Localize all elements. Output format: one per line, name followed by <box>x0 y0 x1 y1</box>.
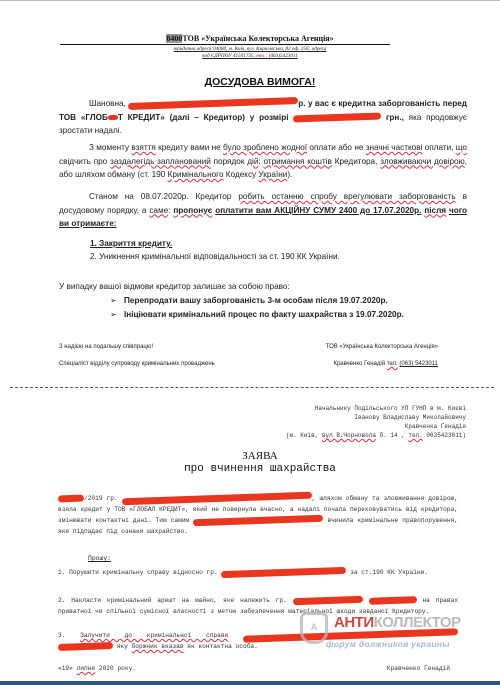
arrow-bullet-icon: ➢ <box>110 294 124 308</box>
statement-title: ЗАЯВА <box>0 450 500 462</box>
statement-date: «19» липня 2020 року. <box>58 665 136 672</box>
rights-item: ➢Ініціювати кримінальний процес по факту… <box>110 308 404 322</box>
addressee-line: Кравченка Генадія <box>206 423 466 430</box>
header-address-line1: юридична адреса:04080, м. Київ, вул. Кир… <box>0 46 500 52</box>
header-tel-label: тел.: <box>256 53 267 59</box>
statement-body: /2019 гр. , шляхом обману та зловживання… <box>58 493 458 537</box>
redaction-mark <box>293 596 363 605</box>
addressee-line: Іванову Владиславу Миколайовичу <box>206 414 466 421</box>
company-name: ТОВ «Українська Колекторська Агенція» <box>182 34 333 43</box>
signoff-position: Спеціаліст відділу супроводу кримінальни… <box>59 361 215 367</box>
company-code: 8400 <box>166 34 182 43</box>
outcomes-list: 1. Закриття кредиту. 2. Уникнення кримін… <box>90 237 340 263</box>
signoff-greeting: З надією на подальшу співпрацю! <box>59 344 153 350</box>
request-label: Прошу: <box>88 555 111 562</box>
watermark-logo: A АНТИКОЛЛЕКТОР форум должников украины <box>300 612 490 657</box>
header-edrpou: код ЄДРПОУ 41501735, <box>202 53 255 59</box>
redaction-mark <box>58 642 113 651</box>
paragraph-refusal: У випадку вашої відмови кредитор залишає… <box>59 280 467 294</box>
paragraph-offer: Станом на 08.07.2020р. Кредитор робить о… <box>59 190 467 231</box>
addressee-line: Начальнику Подільського УП ГУНП в м. Киє… <box>206 405 466 412</box>
header-rule <box>60 44 390 45</box>
letter-title: ДОСУДОВА ВИМОГА! <box>0 76 500 88</box>
letter-header-company: 8400ТОВ «Українська Колекторська Агенція… <box>0 34 500 43</box>
watermark-name: АНТИКОЛЛЕКТОР <box>334 614 461 631</box>
outcome-item: 1. Закриття кредиту. <box>90 237 340 250</box>
rights-list: ➢Перепродати вашу заборгованість 3-м осо… <box>110 294 404 322</box>
redaction-mark <box>221 567 346 578</box>
bottom-bar <box>0 681 500 685</box>
request-item-1: 1. Порушити кримінальну справу відносно … <box>58 567 458 578</box>
arrow-bullet-icon: ➢ <box>110 308 124 322</box>
addressee-address: (м. Київ, вул В.Чорновола б. 14 , тел. 0… <box>206 432 466 439</box>
dashed-divider <box>10 387 494 388</box>
rights-item: ➢Перепродати вашу заборгованість 3-м осо… <box>110 294 404 308</box>
header-phone: (063)5423011 <box>269 53 298 59</box>
outcome-item: 2. Уникнення кримінальної відповідальнос… <box>90 250 340 263</box>
shield-icon: A <box>300 612 328 644</box>
redaction-mark <box>58 494 84 502</box>
paragraph-debt: Шановна, р. у вас є кредитна заборговані… <box>59 97 467 138</box>
top-border <box>0 0 500 1</box>
redaction-mark <box>368 596 416 605</box>
redaction-mark <box>128 97 298 110</box>
redaction-mark <box>193 515 323 527</box>
redaction-mark <box>122 492 312 506</box>
redaction-mark <box>293 112 381 122</box>
statement-subtitle: про вчинення шахрайства <box>0 463 500 475</box>
watermark-subtitle: форум должников украины <box>326 639 450 649</box>
paragraph-no-payment: З моменту взяття кредиту вами не було зр… <box>59 141 467 182</box>
header-address-line2: код ЄДРПОУ 41501735, тел.: (063)5423011 <box>0 53 500 59</box>
redaction-mark <box>108 115 118 120</box>
signoff-contact: Кравченко Генадій тел. (063) 5423011 <box>333 361 438 367</box>
statement-signer: Кравченко Генадій <box>387 665 450 672</box>
signoff-company: ТОВ «Українська Колекторська Агенція» <box>326 344 438 350</box>
